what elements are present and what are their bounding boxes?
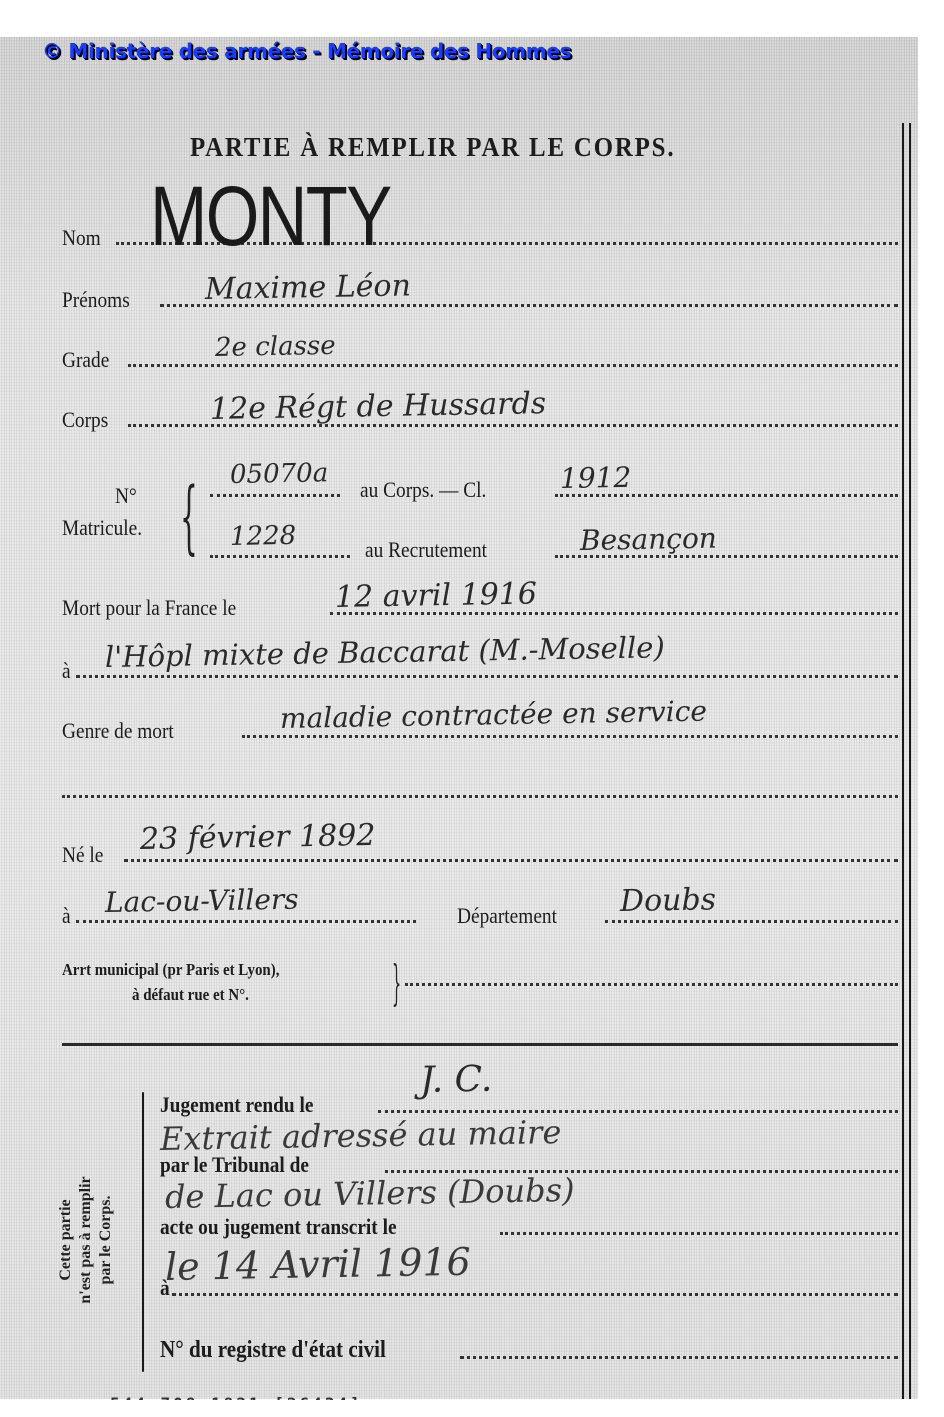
frame-border-line <box>909 123 911 1399</box>
transcrit-a-label: à <box>160 1275 170 1301</box>
matricule-label: Matricule. <box>62 515 142 541</box>
side-note: Cette partie n'est pas à remplir par le … <box>56 1140 116 1340</box>
mort-a-line <box>76 675 898 678</box>
transcrit-line <box>500 1232 898 1235</box>
arrondissement-brace: } <box>392 955 401 1011</box>
genre-de-mort-line-2 <box>62 795 898 798</box>
nom-value: MONTY <box>150 168 391 265</box>
print-code: 544-708-1921 [26434] <box>110 1394 363 1400</box>
arrondissement-label-2: à défaut rue et N°. <box>132 985 249 1005</box>
jugement-value: J. C. <box>420 1059 493 1101</box>
ne-a-label: à <box>62 903 71 929</box>
copyright-watermark: © Ministère des armées - Mémoire des Hom… <box>42 39 571 63</box>
recrutement-number: 1228 <box>230 521 297 552</box>
corps-label: Corps <box>62 407 108 433</box>
prenoms-value: Maxime Léon <box>205 268 412 307</box>
transcrit-label: acte ou jugement transcrit le <box>160 1214 397 1240</box>
section-divider <box>62 1043 898 1046</box>
classe-line <box>555 494 898 497</box>
departement-label: Département <box>457 903 557 929</box>
form-title: PARTIE À REMPLIR PAR LE CORPS. <box>190 132 675 163</box>
recrutement-value: Besançon <box>580 522 717 557</box>
frame-border-line <box>902 123 904 1399</box>
matricule-corps-label: au Corps. — Cl. <box>360 477 486 503</box>
genre-de-mort-label: Genre de mort <box>62 718 174 744</box>
departement-value: Doubs <box>620 882 717 919</box>
ne-a-value: Lac-ou-Villers <box>105 883 299 919</box>
classe-value: 1912 <box>560 461 632 495</box>
recrutement-number-line <box>210 555 350 558</box>
arrondissement-line <box>405 983 898 986</box>
tribunal-label: par le Tribunal de <box>160 1152 309 1178</box>
civil-section-bracket <box>142 1092 144 1372</box>
matricule-brace: { <box>180 470 198 563</box>
ne-le-value: 23 février 1892 <box>140 818 376 857</box>
transcrit-value: le 14 Avril 1916 <box>165 1240 472 1289</box>
nom-label: Nom <box>62 225 101 251</box>
genre-de-mort-line <box>242 735 898 738</box>
recrutement-label: au Recrutement <box>365 537 487 563</box>
departement-line <box>605 920 898 923</box>
matricule-corps-line <box>210 494 340 497</box>
grade-line <box>128 364 898 367</box>
tribunal-value: de Lac ou Villers (Doubs) <box>165 1171 575 1216</box>
registre-label: N° du registre d'état civil <box>160 1337 386 1364</box>
mort-a-label: à <box>62 658 71 684</box>
jugement-line <box>378 1110 898 1113</box>
matricule-label-no: N° <box>115 483 137 509</box>
mort-le-value: 12 avril 1916 <box>335 576 538 615</box>
side-note-line: n'est pas à remplir <box>76 1140 96 1340</box>
grade-label: Grade <box>62 347 109 373</box>
transcrit-a-line <box>172 1293 898 1296</box>
ne-le-line <box>124 859 898 862</box>
mort-le-label: Mort pour la France le <box>62 595 236 621</box>
side-note-line: Cette partie <box>56 1140 76 1340</box>
corps-value: 12e Régt de Hussards <box>210 386 547 427</box>
prenoms-label: Prénoms <box>62 287 130 313</box>
ne-a-line <box>76 920 416 923</box>
ne-le-label: Né le <box>62 842 103 868</box>
matricule-corps-value: 05070a <box>230 458 329 490</box>
jugement-label: Jugement rendu le <box>160 1092 313 1118</box>
registre-line <box>460 1356 898 1359</box>
arrondissement-label-1: Arrt municipal (pr Paris et Lyon), <box>62 960 279 980</box>
side-note-line: par le Corps. <box>96 1140 116 1340</box>
grade-value: 2e classe <box>215 331 336 363</box>
